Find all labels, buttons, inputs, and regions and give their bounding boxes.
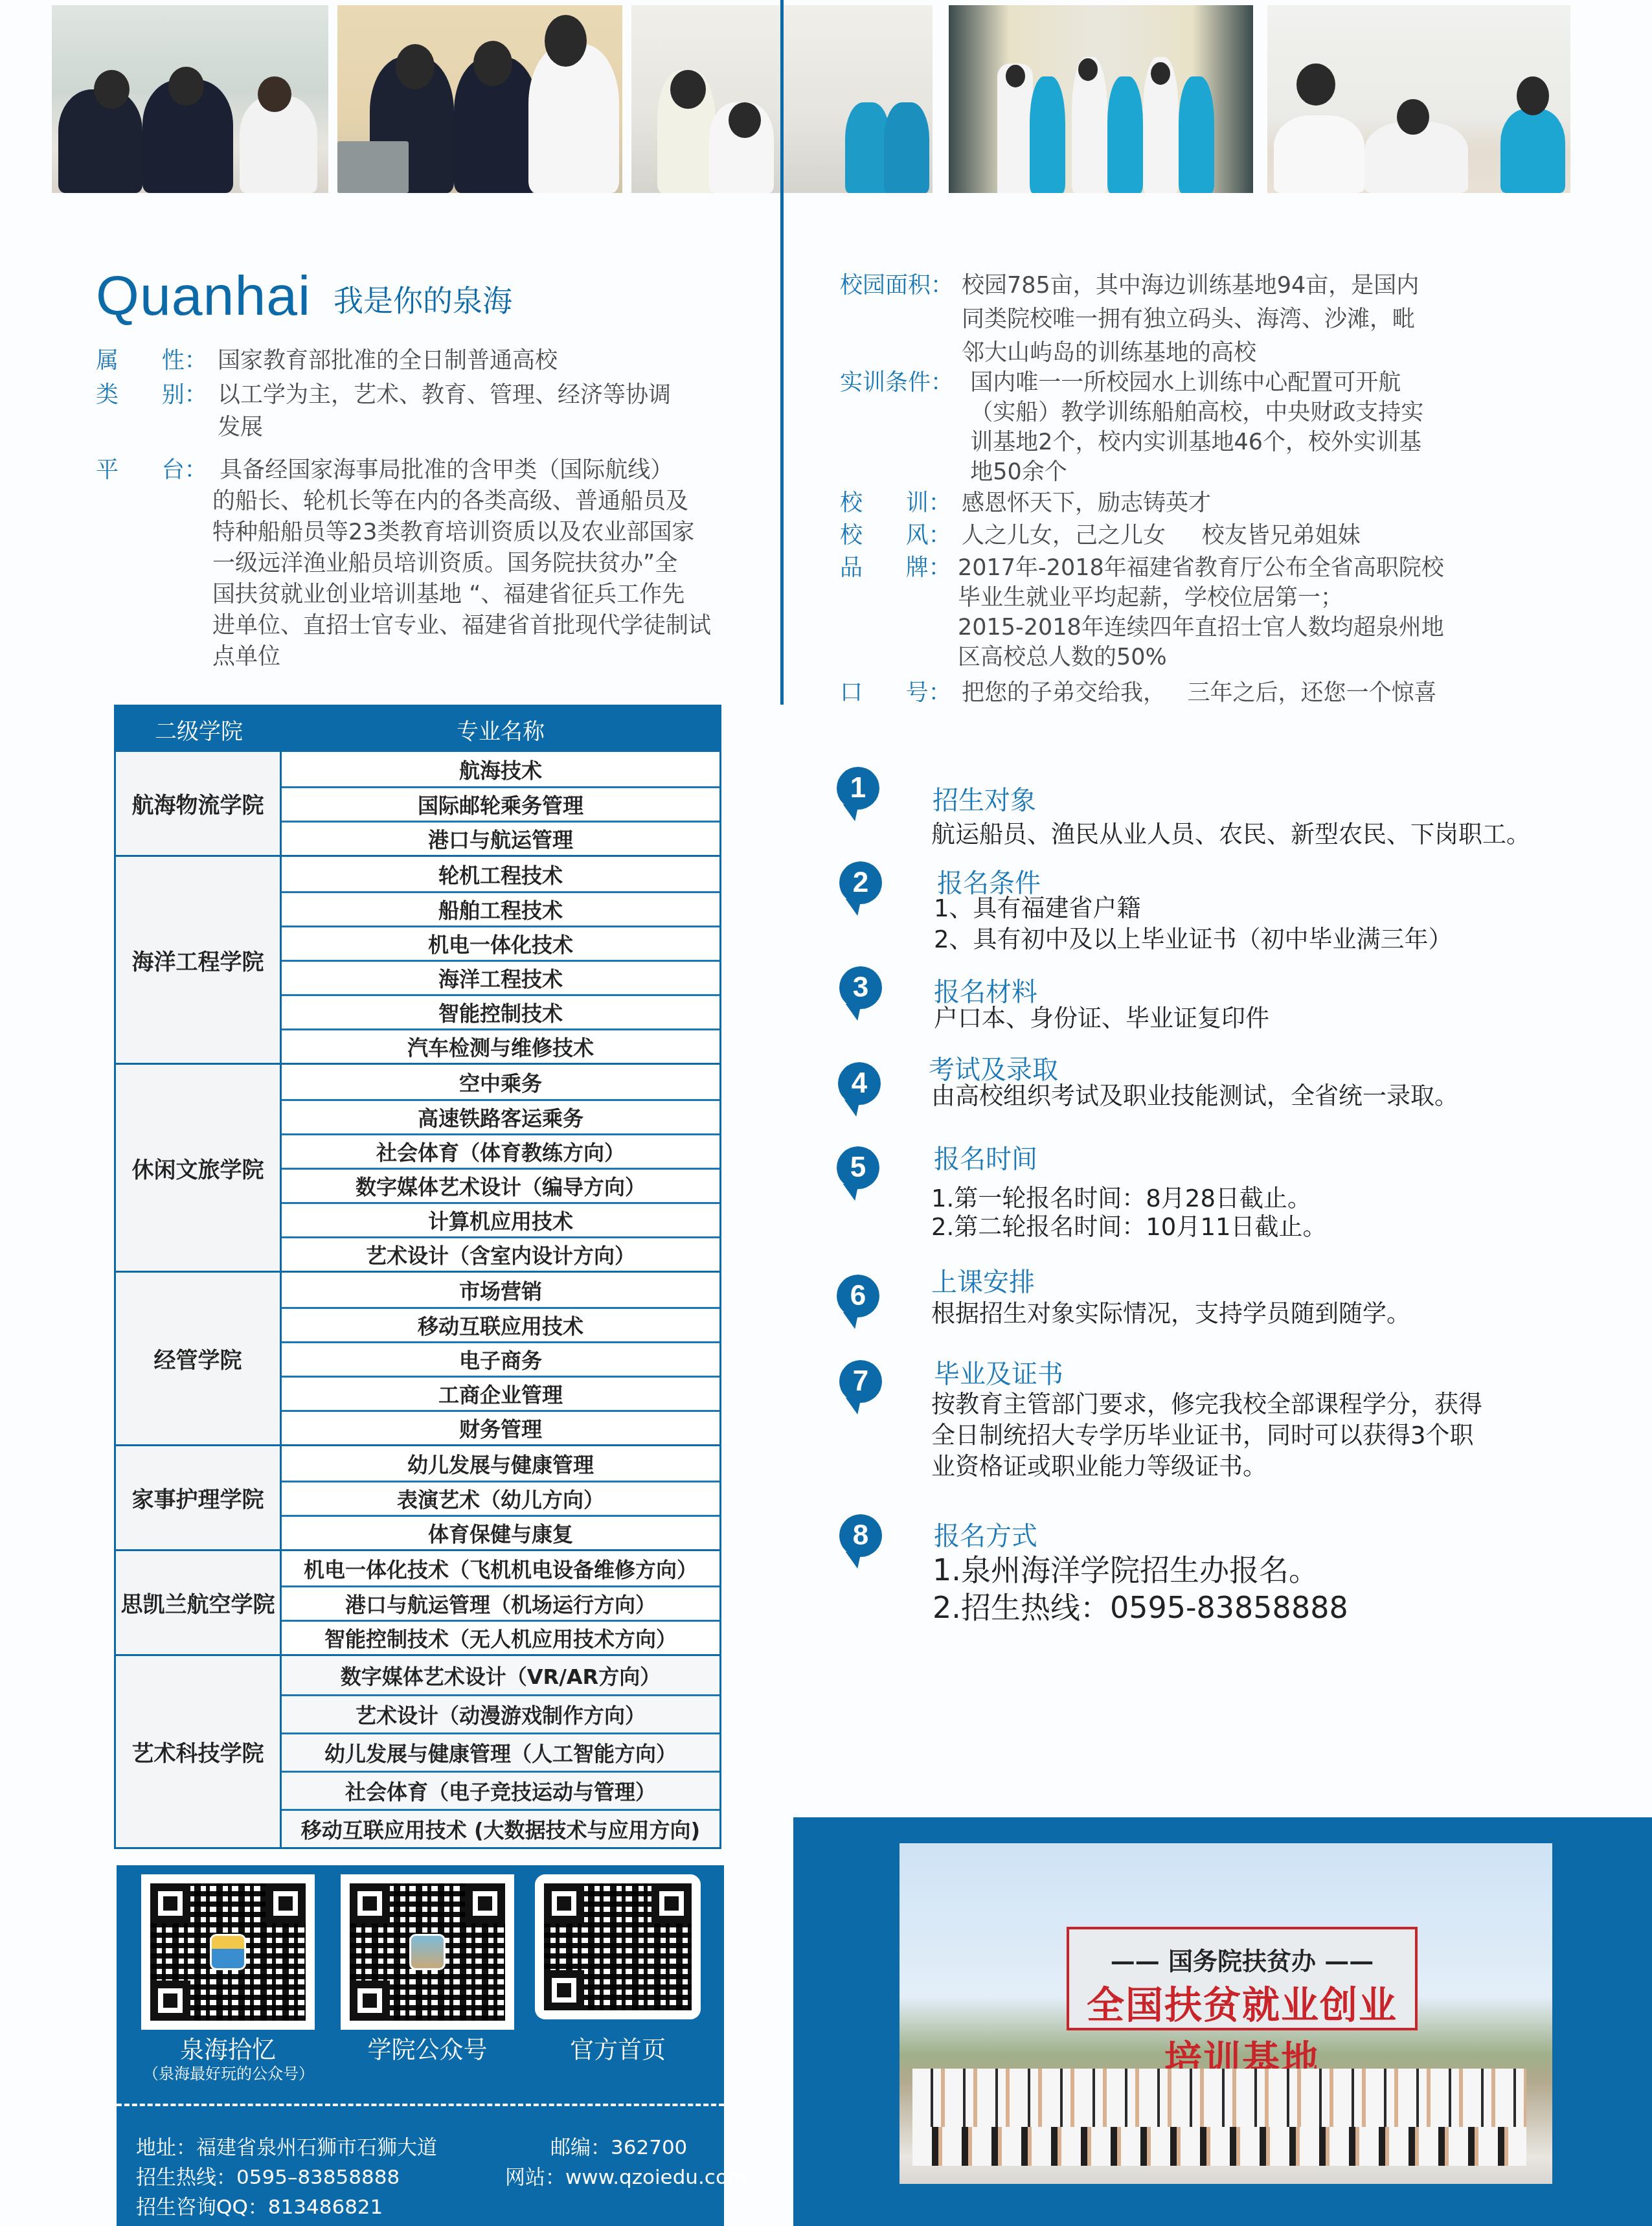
address-text: 地址：福建省泉州石狮市石狮大道 xyxy=(136,2131,437,2160)
billboard-top-text: —— 国务院扶贫办 —— xyxy=(1069,1941,1415,1977)
step-body: 由高校组织考试及职业技能测试，全省统一录取。 xyxy=(931,1080,1458,1112)
vertical-divider xyxy=(780,0,784,705)
hotline-text: 招生热线：0595–83858888 xyxy=(136,2161,400,2190)
info-value: 把您的子弟交给我， 三年之后，还您一个惊喜 xyxy=(962,677,1520,709)
major-name: 工商企业管理 xyxy=(282,1376,719,1410)
step-title: 上课安排 xyxy=(931,1262,1035,1299)
info-ethos: 校 风： 人之儿女，己之儿女 校友皆兄弟姐妹 xyxy=(840,519,1488,552)
step-body: 业资格证或职业能力等级证书。 xyxy=(931,1451,1267,1482)
table-group: 家事护理学院 幼儿发展与健康管理 表演艺术（幼儿方向） 体育保健与康复 xyxy=(116,1444,719,1549)
group-photo: —— 国务院扶贫办 —— 全国扶贫就业创业培训基地 xyxy=(900,1843,1552,2184)
table-group: 海洋工程学院 轮机工程技术 船舶工程技术 机电一体化技术 海洋工程技术 智能控制… xyxy=(116,855,719,1063)
step-title: 毕业及证书 xyxy=(934,1354,1063,1391)
major-name: 机电一体化技术 xyxy=(282,926,719,960)
step-body: 1.第一轮报名时间：8月28日截止。 xyxy=(931,1183,1311,1214)
billboard: —— 国务院扶贫办 —— 全国扶贫就业创业培训基地 xyxy=(1067,1927,1418,2030)
qr-code-memories[interactable] xyxy=(141,1874,315,2030)
major-name: 高速铁路客运乘务 xyxy=(282,1099,719,1133)
table-group: 休闲文旅学院 空中乘务 高速铁路客运乘务 社会体育（体育教练方向） 数字媒体艺术… xyxy=(116,1063,719,1271)
group-photo-panel: —— 国务院扶贫办 —— 全国扶贫就业创业培训基地 xyxy=(793,1817,1652,2226)
contact-footer: 泉海拾忆 （泉海最好玩的公众号） 学院公众号 官方首页 地址：福建省泉州石狮市石… xyxy=(117,1865,724,2226)
step-badge-icon: 4 xyxy=(838,1062,881,1105)
major-name: 社会体育（体育教练方向） xyxy=(282,1133,719,1168)
step-body: 航运船员、渔民从业人员、农民、新型农民、下岗职工。 xyxy=(931,819,1530,850)
qr-sublabel-memories: （泉海最好玩的公众号） xyxy=(128,2061,329,2084)
qr-code-homepage[interactable] xyxy=(535,1874,701,2019)
table-header: 二级学院 专业名称 xyxy=(116,707,719,752)
step-body: 2、具有初中及以上毕业证书（初中毕业满三年） xyxy=(934,924,1453,955)
info-value: 2017年-2018年福建省教育厅公布全省高职院校 毕业生就业平均起薪，学校位居… xyxy=(958,553,1520,672)
info-key: 属 性： xyxy=(96,345,207,377)
table-group: 艺术科技学院 数字媒体艺术设计（VR/AR方向） 艺术设计（动漫游戏制作方向） … xyxy=(116,1654,719,1847)
dashed-divider xyxy=(117,2104,724,2106)
major-name: 数字媒体艺术设计（VR/AR方向） xyxy=(282,1656,719,1694)
table-group: 经管学院 市场营销 移动互联应用技术 电子商务 工商企业管理 财务管理 xyxy=(116,1271,719,1444)
brand-name: Quanhai xyxy=(96,264,311,328)
step-title: 招生对象 xyxy=(933,780,1036,817)
step-badge-icon: 6 xyxy=(837,1275,879,1317)
major-name: 海洋工程技术 xyxy=(282,960,719,994)
info-value: 以工学为主，艺术、教育、管理、经济等协调 发展 xyxy=(218,379,763,444)
billboard-main-text: 全国扶贫就业创业培训基地 xyxy=(1069,1975,1415,2084)
college-name: 艺术科技学院 xyxy=(116,1656,282,1847)
photo-students-bookshelves xyxy=(949,5,1253,193)
college-name: 休闲文旅学院 xyxy=(116,1065,282,1271)
major-name: 艺术设计（含室内设计方向） xyxy=(282,1236,719,1271)
major-name: 幼儿发展与健康管理 xyxy=(282,1446,719,1481)
step-body: 户口本、身份证、毕业证复印件 xyxy=(934,1003,1269,1034)
step-body: 2.第二轮报名时间：10月11日截止。 xyxy=(931,1211,1326,1243)
major-name: 移动互联应用技术 (大数据技术与应用方向) xyxy=(282,1809,719,1847)
major-name: 财务管理 xyxy=(282,1410,719,1444)
major-name: 轮机工程技术 xyxy=(282,857,719,891)
info-platform: 平 台： 具备经国家海事局批准的含甲类（国际航线） 的船长、轮机长等在内的各类高… xyxy=(96,455,776,672)
photo-students-radio xyxy=(337,5,622,193)
qr-label-memories: 泉海拾忆 xyxy=(141,2030,315,2065)
info-attribute: 属 性： 国家教育部批准的全日制普通高校 xyxy=(96,345,763,377)
step-badge-icon: 5 xyxy=(837,1146,879,1189)
college-name: 经管学院 xyxy=(116,1273,282,1444)
step-badge-icon: 3 xyxy=(839,966,882,1009)
major-name: 港口与航运管理 xyxy=(282,821,719,855)
photo-students-desk xyxy=(1267,5,1570,193)
step-body: 1、具有福建省户籍 xyxy=(934,892,1141,924)
major-name: 数字媒体艺术设计（编导方向） xyxy=(282,1168,719,1202)
info-key: 校 训： xyxy=(840,487,951,519)
step-badge-icon: 8 xyxy=(839,1514,882,1557)
major-name: 艺术设计（动漫游戏制作方向） xyxy=(282,1694,719,1732)
step-body: 1.泉州海洋学院招生办报名。 xyxy=(933,1550,1318,1589)
majors-table: 二级学院 专业名称 航海物流学院 航海技术 国际邮轮乘务管理 港口与航运管理 海… xyxy=(114,705,721,1849)
step-title: 报名方式 xyxy=(934,1516,1037,1552)
info-value: 具备经国家海事局批准的含甲类（国际航线） 的船长、轮机长等在内的各类高级、普通船… xyxy=(212,455,776,672)
info-motto: 校 训： 感恩怀天下，励志铸英才 xyxy=(840,487,1488,519)
column-header-college: 二级学院 xyxy=(116,714,282,745)
info-key: 校 风： xyxy=(840,519,951,552)
major-name: 社会体育（电子竞技运动与管理） xyxy=(282,1771,719,1809)
crowd xyxy=(912,2069,1526,2166)
step-title: 报名时间 xyxy=(934,1139,1037,1175)
info-key: 平 台： xyxy=(96,455,207,486)
qr-label-wechat: 学院公众号 xyxy=(341,2030,514,2065)
info-key: 品 牌： xyxy=(840,553,951,583)
major-name: 市场营销 xyxy=(282,1273,719,1307)
major-name: 幼儿发展与健康管理（人工智能方向） xyxy=(282,1732,719,1771)
major-name: 港口与航运管理（机场运行方向） xyxy=(282,1585,719,1620)
college-name: 海洋工程学院 xyxy=(116,857,282,1063)
major-name: 空中乘务 xyxy=(282,1065,719,1099)
postcode-text: 邮编：362700 xyxy=(550,2131,687,2160)
major-name: 表演艺术（幼儿方向） xyxy=(282,1481,719,1515)
info-slogan: 口 号： 把您的子弟交给我， 三年之后，还您一个惊喜 xyxy=(840,677,1520,709)
info-value: 国内唯一一所校园水上训练中心配置可开航 （实船）教学训练船舶高校，中央财政支持实… xyxy=(963,368,1488,487)
table-group: 思凯兰航空学院 机电一体化技术（飞机机电设备维修方向） 港口与航运管理（机场运行… xyxy=(116,1549,719,1654)
college-name: 航海物流学院 xyxy=(116,752,282,855)
major-name: 移动互联应用技术 xyxy=(282,1307,719,1341)
college-name: 家事护理学院 xyxy=(116,1446,282,1549)
major-name: 智能控制技术（无人机应用技术方向） xyxy=(282,1620,719,1654)
step-badge-icon: 7 xyxy=(839,1360,882,1403)
step-body: 根据招生对象实际情况，支持学员随到随学。 xyxy=(931,1298,1410,1330)
step-badge-icon: 2 xyxy=(839,861,882,904)
info-key: 口 号： xyxy=(840,677,951,709)
column-header-major: 专业名称 xyxy=(282,714,719,745)
qq-text: 招生咨询QQ：813486821 xyxy=(136,2190,383,2220)
major-name: 汽车检测与维修技术 xyxy=(282,1028,719,1063)
step-body: 2.招生热线：0595-83858888 xyxy=(933,1588,1348,1627)
table-group: 航海物流学院 航海技术 国际邮轮乘务管理 港口与航运管理 xyxy=(116,752,719,855)
info-key: 实训条件： xyxy=(840,368,953,398)
major-name: 电子商务 xyxy=(282,1341,719,1376)
info-value: 感恩怀天下，励志铸英才 xyxy=(962,487,1488,519)
major-name: 体育保健与康复 xyxy=(282,1515,719,1549)
qr-label-homepage: 官方首页 xyxy=(535,2030,701,2065)
photo-students-library xyxy=(52,5,328,193)
brand-tagline: 我是你的泉海 xyxy=(334,277,512,320)
major-name: 机电一体化技术（飞机机电设备维修方向） xyxy=(282,1551,719,1585)
qr-code-wechat[interactable] xyxy=(341,1874,514,2030)
website-link[interactable]: 网站：www.qzoiedu.com xyxy=(505,2161,747,2190)
info-value: 校园785亩，其中海边训练基地94亩，是国内 同类院校唯一拥有独立码头、海湾、沙… xyxy=(962,269,1488,370)
info-campus-area: 校园面积： 校园785亩，其中海边训练基地94亩，是国内 同类院校唯一拥有独立码… xyxy=(840,269,1488,370)
info-brand: 品 牌： 2017年-2018年福建省教育厅公布全省高职院校 毕业生就业平均起薪… xyxy=(840,553,1520,672)
logo-icon xyxy=(210,1934,246,1970)
info-value: 人之儿女，己之儿女 校友皆兄弟姐妹 xyxy=(962,519,1488,552)
major-name: 航海技术 xyxy=(282,752,719,786)
info-value: 国家教育部批准的全日制普通高校 xyxy=(218,345,763,377)
major-name: 国际邮轮乘务管理 xyxy=(282,786,719,821)
major-name: 船舶工程技术 xyxy=(282,891,719,926)
major-name: 智能控制技术 xyxy=(282,994,719,1028)
major-name: 计算机应用技术 xyxy=(282,1202,719,1236)
step-badge-icon: 1 xyxy=(837,767,879,810)
college-name: 思凯兰航空学院 xyxy=(116,1551,282,1654)
info-key: 校园面积： xyxy=(840,269,953,302)
logo-icon xyxy=(409,1934,446,1970)
info-category: 类 别： 以工学为主，艺术、教育、管理、经济等协调 发展 xyxy=(96,379,763,444)
step-body: 按教育主管部门要求，修完我校全部课程学分，获得 xyxy=(931,1389,1482,1420)
info-key: 类 别： xyxy=(96,379,207,411)
info-training: 实训条件： 国内唯一一所校园水上训练中心配置可开航 （实船）教学训练船舶高校，中… xyxy=(840,368,1488,487)
step-body: 全日制统招大专学历毕业证书，同时可以获得3个职 xyxy=(931,1420,1474,1451)
